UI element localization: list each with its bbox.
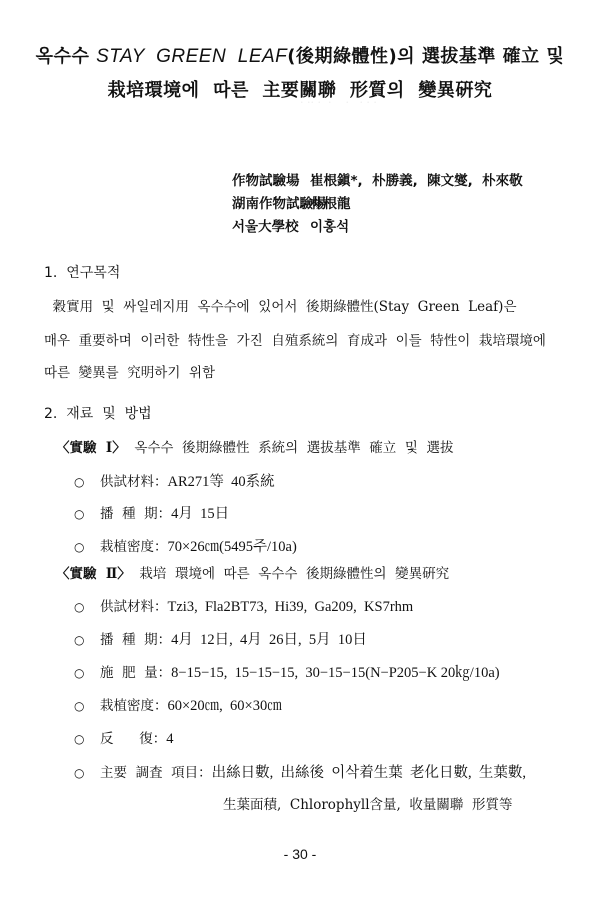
list-item: ○播 種 期：4月 12日, 4月 26日, 5月 10日	[74, 628, 367, 649]
section-heading-methods: 2. 재료 및 방법	[44, 403, 152, 423]
paragraph-line: 穀實用 및 싸일레지用 옥수수에 있어서 後期綠體性(Stay Green Le…	[44, 295, 517, 315]
institution: 湖南作物試驗場	[232, 193, 296, 216]
title-line-1: 옥수수 STAY GREEN LEAF(後期綠體性)의 選拔基準 確立 및	[0, 42, 600, 68]
paragraph-line: 따른 變異를 究明하기 위함	[44, 361, 215, 381]
circle-bullet-icon: ○	[74, 732, 100, 746]
experiment-2-heading: 〈實驗 Ⅱ〉 栽培 環境에 따른 옥수수 後期綠體性의 變異硏究	[56, 562, 449, 582]
list-item: ○供試材料：Tzi3, Fla2BT73, Hi39, Ga209, KS7rh…	[74, 595, 413, 616]
circle-bullet-icon: ○	[74, 540, 100, 554]
circle-bullet-icon: ○	[74, 666, 100, 680]
list-item: ○播 種 期：4月 15日	[74, 502, 229, 523]
circle-bullet-icon: ○	[74, 766, 100, 780]
author-names: 崔根鎭*, 朴勝義, 陳文燮, 朴來敬	[310, 173, 523, 189]
institution: 作物試驗場	[232, 170, 296, 193]
author-names: 朴根龍	[310, 196, 351, 212]
author-block: 作物試驗場崔根鎭*, 朴勝義, 陳文燮, 朴來敬 湖南作物試驗場朴根龍 서울大學…	[232, 170, 523, 239]
author-names: 이홍석	[310, 219, 349, 235]
experiment-1-heading: 〈實驗 Ⅰ〉 옥수수 後期綠體性 系統의 選拔基準 確立 및 選拔	[56, 436, 454, 456]
document-page: · ·· · · · · · · 옥수수 STAY GREEN LEAF(後期綠…	[0, 0, 600, 906]
author-row: 湖南作物試驗場朴根龍	[232, 193, 523, 216]
circle-bullet-icon: ○	[74, 699, 100, 713]
circle-bullet-icon: ○	[74, 633, 100, 647]
title-line-2: 栽培環境에 따른 主要關聯 形質의 變異硏究	[0, 76, 600, 102]
paragraph-line: 매우 重要하며 이러한 特性을 가진 自殖系統의 育成과 이들 特性이 栽培環境…	[44, 329, 546, 349]
page-number: - 30 -	[0, 846, 600, 862]
objective-paragraph: 穀實用 및 싸일레지用 옥수수에 있어서 後期綠體性(Stay Green Le…	[44, 295, 564, 375]
circle-bullet-icon: ○	[74, 600, 100, 614]
list-item: ○施 肥 量：8−15−15, 15−15−15, 30−15−15(N−P20…	[74, 661, 500, 682]
title-english: STAY GREEN LEAF	[96, 46, 287, 67]
section-heading-objective: 1. 연구목적	[44, 262, 120, 282]
list-item: ○主要 調査 項目：出絲日數, 出絲後 이삭着生葉 老化日數, 生葉數,	[74, 761, 526, 782]
list-item-continuation: 生葉面積, Chlorophyll含量, 收量關聯 形質等	[223, 793, 512, 813]
institution: 서울大學校	[232, 216, 296, 239]
list-item: ○栽植密度：60×20㎝, 60×30㎝	[74, 694, 282, 715]
author-row: 作物試驗場崔根鎭*, 朴勝義, 陳文燮, 朴來敬	[232, 170, 523, 193]
list-item: ○反 復：4	[74, 727, 174, 748]
list-item: ○供試材料：AR271等 40系統	[74, 470, 275, 491]
author-row: 서울大學校이홍석	[232, 216, 523, 239]
circle-bullet-icon: ○	[74, 507, 100, 521]
list-item: ○栽植密度：70×26㎝(5495주/10a)	[74, 535, 297, 556]
circle-bullet-icon: ○	[74, 475, 100, 489]
